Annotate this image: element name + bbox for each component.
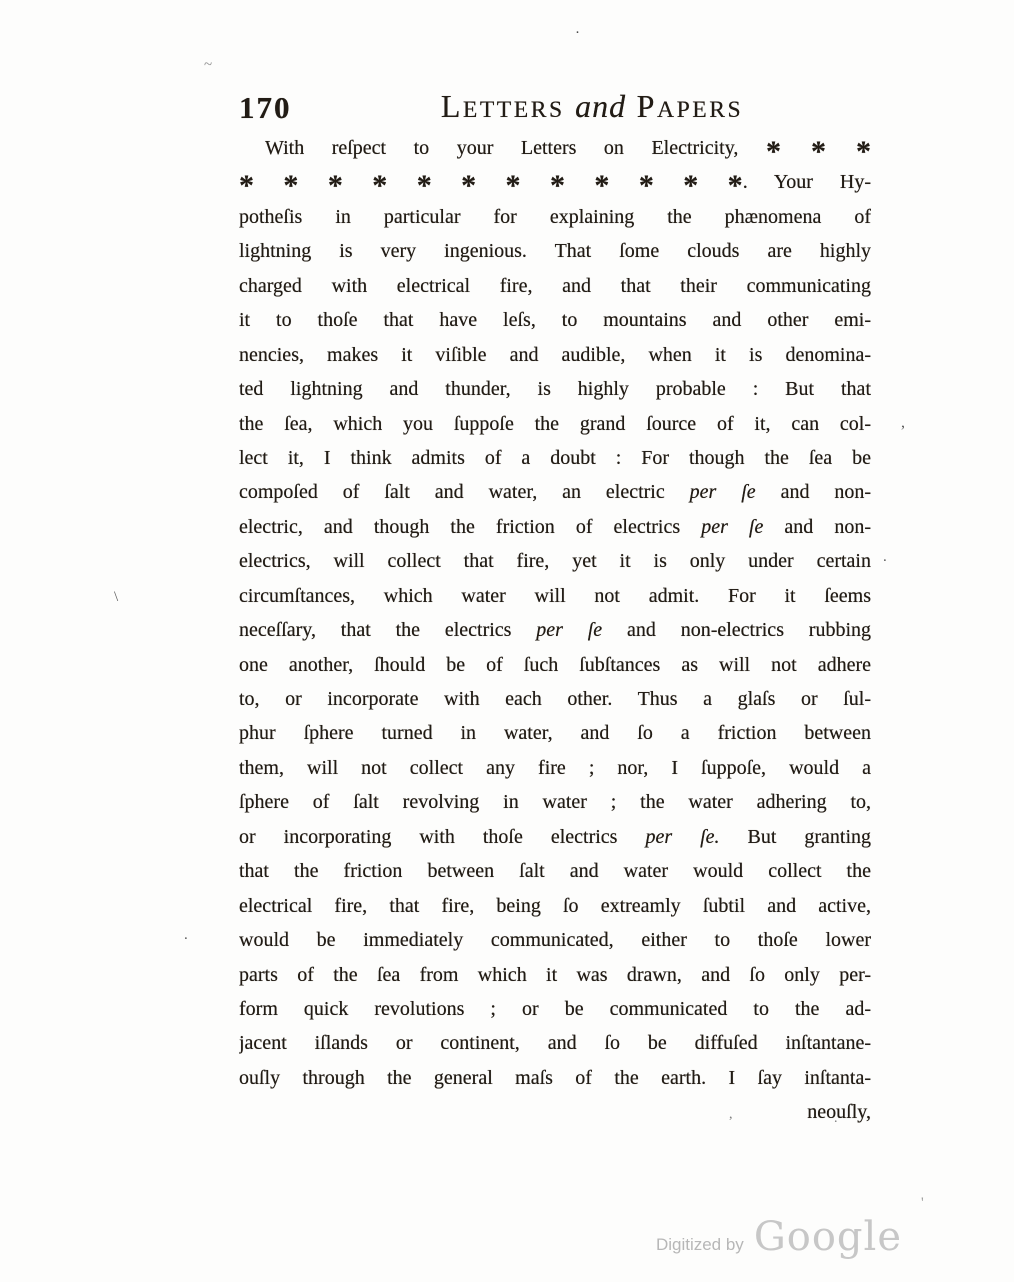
- text-segment: P: [626, 88, 657, 124]
- text-segment: compoſed of ſalt and water, an electric: [239, 481, 690, 503]
- text-segment: it to thoſe that have leſs, to mountains…: [239, 309, 871, 331]
- text-segment: ETTERS: [463, 97, 565, 123]
- scan-speck: .: [883, 550, 887, 565]
- text-segment: L: [441, 88, 463, 124]
- text-segment: jacent iſlands or continent, and ſo be d…: [239, 1032, 871, 1054]
- text-line: electric, and though the friction of ele…: [239, 510, 871, 544]
- scan-speck: ': [921, 1196, 924, 1211]
- digitized-by-label: Digitized by: [656, 1235, 744, 1255]
- text-line: would be immediately communicated, eithe…: [239, 923, 871, 957]
- text-line: * * * * * * * * * * * *. Your Hy-: [239, 165, 871, 199]
- text-segment: potheſis in particular for explaining th…: [239, 206, 871, 228]
- text-line: or incorporating with thoſe electrics pe…: [239, 820, 871, 854]
- text-segment: them, will not collect any fire ; nor, I…: [239, 757, 871, 779]
- text-line: potheſis in particular for explaining th…: [239, 200, 871, 234]
- text-segment: and non-electrics rubbing: [602, 619, 871, 641]
- text-segment: * * *: [766, 135, 871, 165]
- text-segment: the ſea, which you ſuppoſe the grand ſou…: [239, 413, 871, 435]
- text-segment: and: [575, 88, 626, 124]
- text-line: parts of the ſea from which it was drawn…: [239, 958, 871, 992]
- text-segment: lect it, I think admits of a doubt : For…: [239, 447, 871, 469]
- text-line: With reſpect to your Letters on Electric…: [239, 131, 871, 165]
- text-segment: per ſe: [701, 516, 763, 538]
- text-line: to, or incorporate with each other. Thus…: [239, 682, 871, 716]
- text-segment: With reſpect to your Letters on Electric…: [265, 137, 766, 159]
- text-segment: one another, ſhould be of ſuch ſubſtance…: [239, 654, 871, 676]
- text-segment: APERS: [657, 97, 743, 123]
- book-page: 170 LETTERS and PAPERS With reſpect to y…: [0, 0, 1014, 1282]
- text-line: the ſea, which you ſuppoſe the grand ſou…: [239, 407, 871, 441]
- text-line: jacent iſlands or continent, and ſo be d…: [239, 1026, 871, 1060]
- text-line: them, will not collect any fire ; nor, I…: [239, 751, 871, 785]
- text-segment: would be immediately communicated, eithe…: [239, 929, 871, 951]
- text-segment: ted lightning and thunder, is highly pro…: [239, 378, 871, 400]
- text-segment: form quick revolutions ; or be communica…: [239, 998, 871, 1020]
- text-segment: But granting: [720, 826, 871, 848]
- text-line: charged with electrical fire, and that t…: [239, 269, 871, 303]
- text-segment: that the friction between ſalt and water…: [239, 860, 871, 882]
- scan-speck: ~: [204, 58, 212, 73]
- text-segment: electrical fire, that fire, being ſo ext…: [239, 895, 871, 917]
- text-segment: per ſe.: [645, 826, 719, 848]
- running-title: LETTERS and PAPERS: [239, 88, 871, 125]
- scan-speck: ,: [901, 415, 905, 431]
- text-segment: and non-: [756, 481, 871, 503]
- text-segment: and non-: [763, 516, 871, 538]
- watermark: Digitized by Google: [656, 1214, 902, 1260]
- scan-speck: ·: [575, 26, 580, 41]
- text-line: electrics, will collect that fire, yet i…: [239, 544, 871, 578]
- scan-speck: \: [114, 590, 118, 605]
- text-segment: electric, and though the friction of ele…: [239, 516, 701, 538]
- scan-speck: .: [184, 928, 188, 943]
- google-logo: Google: [754, 1214, 902, 1260]
- text-segment: or incorporating with thoſe electrics: [239, 826, 645, 848]
- text-line: that the friction between ſalt and water…: [239, 854, 871, 888]
- text-segment: neouſly,: [807, 1101, 871, 1123]
- text-line: ouſly through the general maſs of the ea…: [239, 1061, 871, 1095]
- text-line: one another, ſhould be of ſuch ſubſtance…: [239, 648, 871, 682]
- text-segment: nencies, makes it viſible and audible, w…: [239, 344, 871, 366]
- text-line: phur ſphere turned in water, and ſo a fr…: [239, 716, 871, 750]
- text-segment: ſphere of ſalt revolving in water ; the …: [239, 791, 871, 813]
- text-segment: * * * * * * * * * * * *: [239, 170, 743, 200]
- text-segment: lightning is very ingenious. That ſome c…: [239, 240, 871, 262]
- text-segment: neceſſary, that the electrics: [239, 619, 536, 641]
- text-segment: charged with electrical fire, and that t…: [239, 275, 871, 297]
- text-segment: circumſtances, which water will not admi…: [239, 585, 871, 607]
- body-text: With reſpect to your Letters on Electric…: [239, 131, 871, 1130]
- text-line: it to thoſe that have leſs, to mountains…: [239, 303, 871, 337]
- text-line: ſphere of ſalt revolving in water ; the …: [239, 785, 871, 819]
- text-line: neceſſary, that the electrics per ſe and…: [239, 613, 871, 647]
- text-segment: ouſly through the general maſs of the ea…: [239, 1067, 871, 1089]
- text-line: lect it, I think admits of a doubt : For…: [239, 441, 871, 475]
- text-line: neouſly,: [239, 1095, 871, 1129]
- text-segment: phur ſphere turned in water, and ſo a fr…: [239, 722, 871, 744]
- text-segment: . Your Hy-: [743, 171, 871, 193]
- text-line: nencies, makes it viſible and audible, w…: [239, 338, 871, 372]
- page-number: 170: [239, 90, 292, 126]
- text-segment: per ſe: [536, 619, 602, 641]
- text-line: ted lightning and thunder, is highly pro…: [239, 372, 871, 406]
- text-line: electrical fire, that fire, being ſo ext…: [239, 889, 871, 923]
- text-segment: per ſe: [690, 481, 756, 503]
- text-line: form quick revolutions ; or be communica…: [239, 992, 871, 1026]
- text-line: circumſtances, which water will not admi…: [239, 579, 871, 613]
- text-line: compoſed of ſalt and water, an electric …: [239, 475, 871, 509]
- text-line: lightning is very ingenious. That ſome c…: [239, 234, 871, 268]
- text-segment: parts of the ſea from which it was drawn…: [239, 964, 871, 986]
- text-segment: electrics, will collect that fire, yet i…: [239, 550, 871, 572]
- page-header: 170 LETTERS and PAPERS: [239, 88, 871, 128]
- text-segment: to, or incorporate with each other. Thus…: [239, 688, 871, 710]
- text-segment: [565, 88, 576, 124]
